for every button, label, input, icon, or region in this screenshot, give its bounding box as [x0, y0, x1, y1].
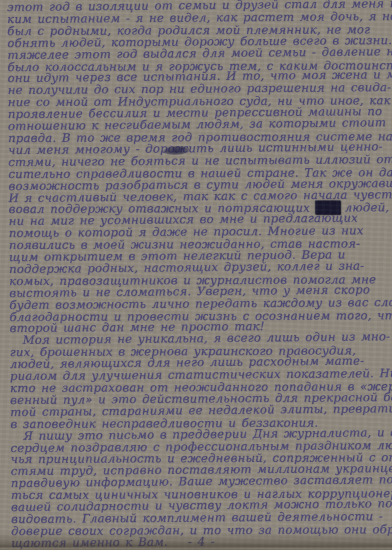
handwritten-line: благодарности и провести жизнь с осознан… — [9, 310, 392, 324]
line-text: был с родными, когда родился мой племянн… — [7, 22, 370, 38]
line-text: ние со мной от Индустриального суда, ни … — [8, 93, 391, 109]
handwritten-line: сительно справедливости в нашей стране. … — [8, 167, 392, 181]
handwritten-line: чья принципиальность и ежедневный, сопря… — [11, 453, 392, 467]
line-text: появились в моей жизни неожиданно, став … — [9, 236, 360, 252]
line-text: благодарности и провести жизнь с осознан… — [9, 308, 392, 324]
line-text: доверие своих сограждан, и то что за пом… — [11, 522, 392, 538]
line-text: кто не застрахован от неожиданного попад… — [10, 379, 392, 395]
handwritten-line: ние со мной от Индустриального суда, ни … — [8, 95, 392, 109]
letter-page: этот год в изоляции от семьи и друзей ст… — [0, 0, 392, 550]
line-text: сительно справедливости в нашей стране. … — [8, 165, 392, 181]
line-text: чья принципиальность и ежедневный, сопря… — [11, 450, 392, 466]
handwritten-line: был с родными, когда родился мой племянн… — [7, 24, 391, 38]
letter-text: этот год в изоляции от семьи и друзей ст… — [7, 0, 392, 550]
handwritten-line: кто не застрахован от неожиданного попад… — [10, 381, 392, 395]
handwritten-line: появились в моей жизни неожиданно, став … — [9, 238, 392, 252]
handwritten-line: доверие своих сограждан, и то что за пом… — [11, 524, 392, 538]
